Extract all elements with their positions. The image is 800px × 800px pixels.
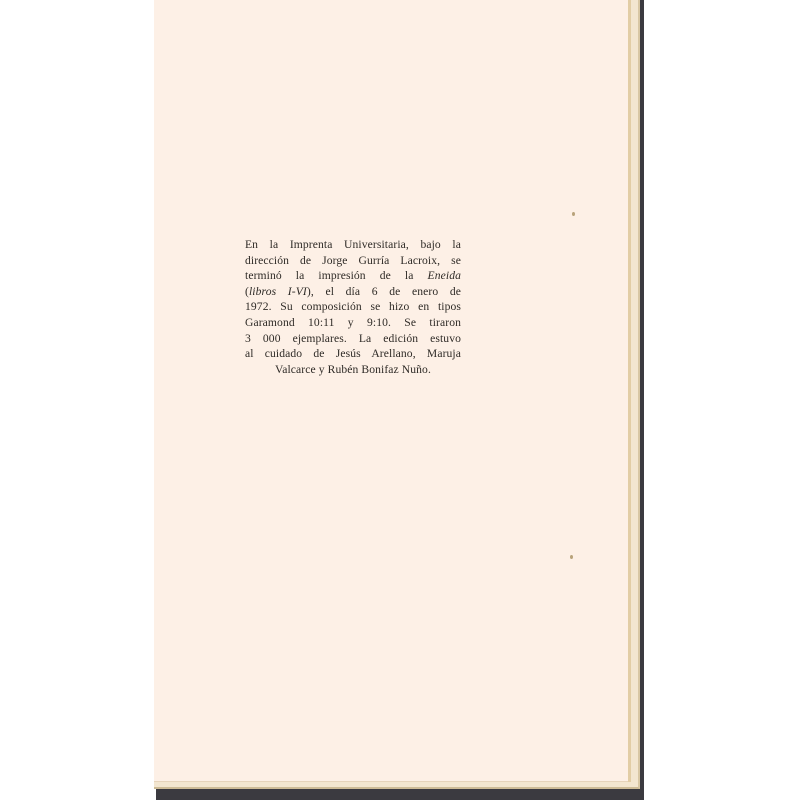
page-edge-line — [628, 0, 631, 782]
text-run: 3 000 ejemplares. La edición estuvo — [245, 332, 461, 345]
text-run: dirección de Jorge Gurría Lacroix, se — [245, 254, 461, 267]
text-run: Valcarce y Rubén Bonifaz Nuño. — [275, 363, 431, 376]
colophon-line: (libros I-VI), el día 6 de enero de — [245, 284, 461, 300]
text-run: Garamond 10:11 y 9:10. Se tiraron — [245, 316, 461, 329]
colophon-line: En la Imprenta Universitaria, bajo la — [245, 237, 461, 253]
books-range: libros I-VI — [249, 285, 307, 298]
colophon-line: 3 000 ejemplares. La edición estuvo — [245, 331, 461, 347]
colophon-line: terminó la impresión de la Eneida — [245, 268, 461, 284]
text-run: ), el día 6 de enero de — [307, 285, 461, 298]
text-run: al cuidado de Jesús Arellano, Maruja — [245, 347, 461, 360]
text-run: terminó la impresión de la — [245, 269, 428, 282]
paper-speck — [572, 212, 575, 216]
colophon-line: Garamond 10:11 y 9:10. Se tiraron — [245, 315, 461, 331]
colophon-line: al cuidado de Jesús Arellano, Maruja — [245, 346, 461, 362]
text-run: En la Imprenta Universitaria, bajo la — [245, 238, 461, 251]
colophon-line: dirección de Jorge Gurría Lacroix, se — [245, 253, 461, 269]
colophon-line: 1972. Su composición se hizo en tipos — [245, 299, 461, 315]
colophon-line: Valcarce y Rubén Bonifaz Nuño. — [245, 362, 461, 378]
colophon-text: En la Imprenta Universitaria, bajo la di… — [245, 237, 461, 377]
book-page — [154, 0, 628, 782]
paper-speck — [570, 555, 573, 559]
book-photo: En la Imprenta Universitaria, bajo la di… — [0, 0, 800, 800]
book-title-eneida: Eneida — [428, 269, 461, 282]
text-run: 1972. Su composición se hizo en tipos — [245, 300, 461, 313]
